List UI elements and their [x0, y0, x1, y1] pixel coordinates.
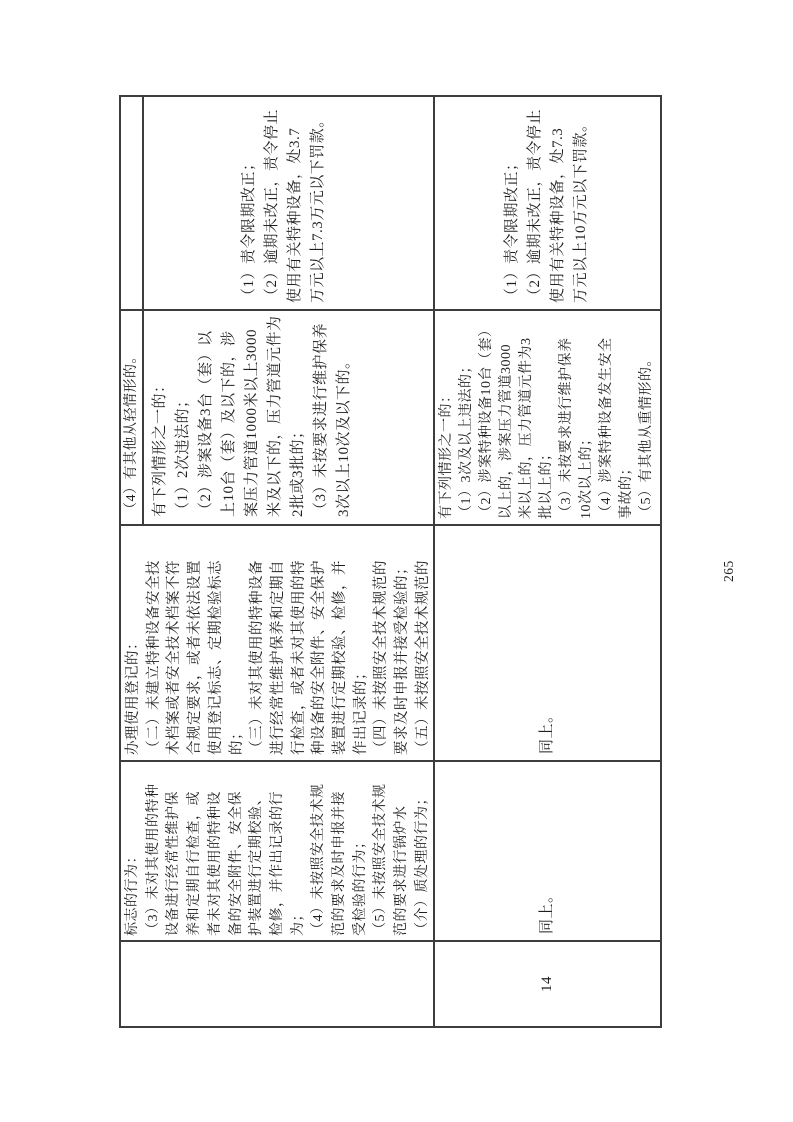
cell-row14-behavior: 同上。 — [435, 762, 660, 938]
page-number-text: 265 — [719, 538, 741, 582]
table-border-bottom — [119, 1026, 662, 1028]
penalty-discretion-table: （4）有其他从轻情形的。 （1）责令限期改正； （2）逾期未改正，责令停止 使用… — [119, 95, 662, 1028]
cell-row14-legal-basis: 同上。 — [435, 526, 660, 758]
cell-row14-penalty: （1）责令限期改正； （2）逾期未改正，责令停止 使用有关特种设备，处7.3 万… — [435, 97, 660, 309]
table-border-right — [660, 95, 662, 1028]
row14-penalty-text: （1）责令限期改正； （2）逾期未改正，责令停止 使用有关特种设备，处7.3 万… — [435, 97, 660, 309]
cell-prevrow-situations-tail: （4）有其他从轻情形的。 — [121, 311, 142, 524]
row13-behavior-text: 标志的行为： （3）未对其使用的特种 设备进行经常性维护保 养和定期自行检查，或… — [121, 762, 433, 938]
row14-situations-text: 有下列情形之一的： （1）3次及以上违法的； （2）涉案特种设备10台（套） 以… — [435, 311, 660, 522]
prevrow-situations-tail-text: （4）有其他从轻情形的。 — [121, 311, 142, 524]
cell-row14-seq: 14 — [435, 942, 660, 1026]
row14-seq-text: 14 — [435, 942, 660, 1026]
row14-behavior-text: 同上。 — [435, 762, 660, 938]
cell-row13-seq-empty — [121, 942, 433, 1026]
row14-legal-basis-text: 同上。 — [435, 526, 660, 758]
page-number: 265 — [719, 538, 741, 582]
cell-row14-situations: 有下列情形之一的： （1）3次及以上违法的； （2）涉案特种设备10台（套） 以… — [435, 311, 660, 522]
row13-penalty-text: （1）责令限期改正； （2）逾期未改正，责令停止 使用有关特种设备，处3.7 万… — [144, 97, 433, 309]
cell-row13-situations: 有下列情形之一的： （1）2次违法的； （2）涉案设备3台（套）以 上10台（套… — [144, 311, 433, 522]
cell-row13-behavior: 标志的行为： （3）未对其使用的特种 设备进行经常性维护保 养和定期自行检查，或… — [121, 762, 433, 938]
cell-row13-legal-basis: 办理使用登记的： （二）未建立特种设备安全技 术档案或者安全技术档案不符 合规定… — [121, 526, 433, 758]
cell-row13-penalty: （1）责令限期改正； （2）逾期未改正，责令停止 使用有关特种设备，处3.7 万… — [144, 97, 433, 309]
row13-legal-basis-text: 办理使用登记的： （二）未建立特种设备安全技 术档案或者安全技术档案不符 合规定… — [121, 526, 433, 758]
document-page: { "page": { "number": "265", "background… — [0, 0, 793, 1122]
row13-situations-text: 有下列情形之一的： （1）2次违法的； （2）涉案设备3台（套）以 上10台（套… — [144, 311, 433, 522]
